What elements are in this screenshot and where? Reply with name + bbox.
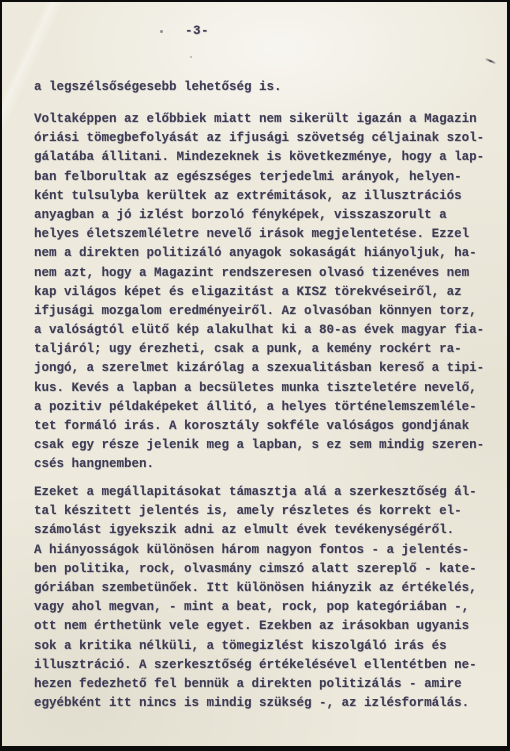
text-line: illusztráció. A szerkesztőség értékelésé…	[34, 656, 494, 675]
text-line: vagy ahol megvan, - mint a beat, rock, p…	[34, 598, 494, 617]
paragraph-continuation: a legszélsőségesebb lehetőség is.	[34, 78, 494, 97]
text-line: jongó, a szerelmet kizárólag a szexualit…	[34, 359, 494, 378]
text-line: kus. Kevés a lapban a becsületes munka t…	[34, 379, 494, 398]
text-line: Ezeket a megállapitásokat támasztja alá …	[34, 483, 494, 502]
text-line: a legszélsőségesebb lehetőség is.	[34, 78, 494, 97]
text-line: csés hangnemben.	[34, 455, 494, 474]
scan-artifact-stroke	[485, 58, 496, 64]
text-line: óriási tömegbefolyását az ifjusági szöve…	[34, 129, 494, 148]
text-line: kap világos képet és eligazitást a KISZ …	[34, 283, 494, 302]
text-line: sok a kritika nélküli, a tömegizlést kis…	[34, 637, 494, 656]
text-line: tal készitett jelentés is, amely részlet…	[34, 502, 494, 521]
text-line: nem a direkten politizáló anyagok sokasá…	[34, 244, 494, 263]
text-line: A hiányosságok különösen három nagyon fo…	[34, 541, 494, 560]
text-line: tet formáló irás. A korosztály sokféle v…	[34, 417, 494, 436]
text-line: számolást igyekszik adni az elmult évek …	[34, 521, 494, 540]
text-line: góriában szembetünőek. Itt különösen hiá…	[34, 579, 494, 598]
text-line: Voltaképpen az előbbiek miatt nem sikerü…	[34, 110, 494, 129]
text-line: hezen fedezhető fel bennük a direkten po…	[34, 675, 494, 694]
text-line: csak egy része jelenik meg a lapban, s e…	[34, 436, 494, 455]
text-line: egyébként itt nincs is mindig szükség -,…	[34, 694, 494, 713]
paragraph-body-1: Voltaképpen az előbbiek miatt nem sikerü…	[34, 110, 494, 475]
text-line: taljáról; ugy érezheti, csak a punk, a k…	[34, 340, 494, 359]
document-page: -3- a legszélsőségesebb lehetőség is. Vo…	[2, 2, 507, 746]
text-line: nem azt, hogy a Magazint rendszeresen ol…	[34, 264, 494, 283]
scanned-document: -3- a legszélsőségesebb lehetőség is. Vo…	[0, 0, 510, 751]
text-line: ban felborultak az egészséges terjedelmi…	[34, 168, 494, 187]
scan-artifact-dot	[160, 30, 163, 33]
text-line: ben politika, rock, olvasmány cimszó ala…	[34, 560, 494, 579]
text-line: ifjusági mozgalom eredményeiről. Az olva…	[34, 302, 494, 321]
page-number: -3-	[185, 24, 209, 38]
text-line: a valóságtól elütő kép alakulhat ki a 80…	[34, 321, 494, 340]
text-line: a pozitiv példaképeket állitó, a helyes …	[34, 398, 494, 417]
scan-artifact-dot	[190, 56, 192, 58]
text-line: helyes életszemléletre nevelő irások meg…	[34, 225, 494, 244]
text-line: gálatába állitani. Mindezeknek is követk…	[34, 148, 494, 167]
text-line: anyagban a jó izlést borzoló fényképek, …	[34, 206, 494, 225]
text-line: ott nem érthetünk vele egyet. Ezekben az…	[34, 617, 494, 636]
paragraph-body-2: Ezeket a megállapitásokat támasztja alá …	[34, 483, 494, 713]
text-line: ként tulsulyba kerültek az extrémitások,…	[34, 187, 494, 206]
